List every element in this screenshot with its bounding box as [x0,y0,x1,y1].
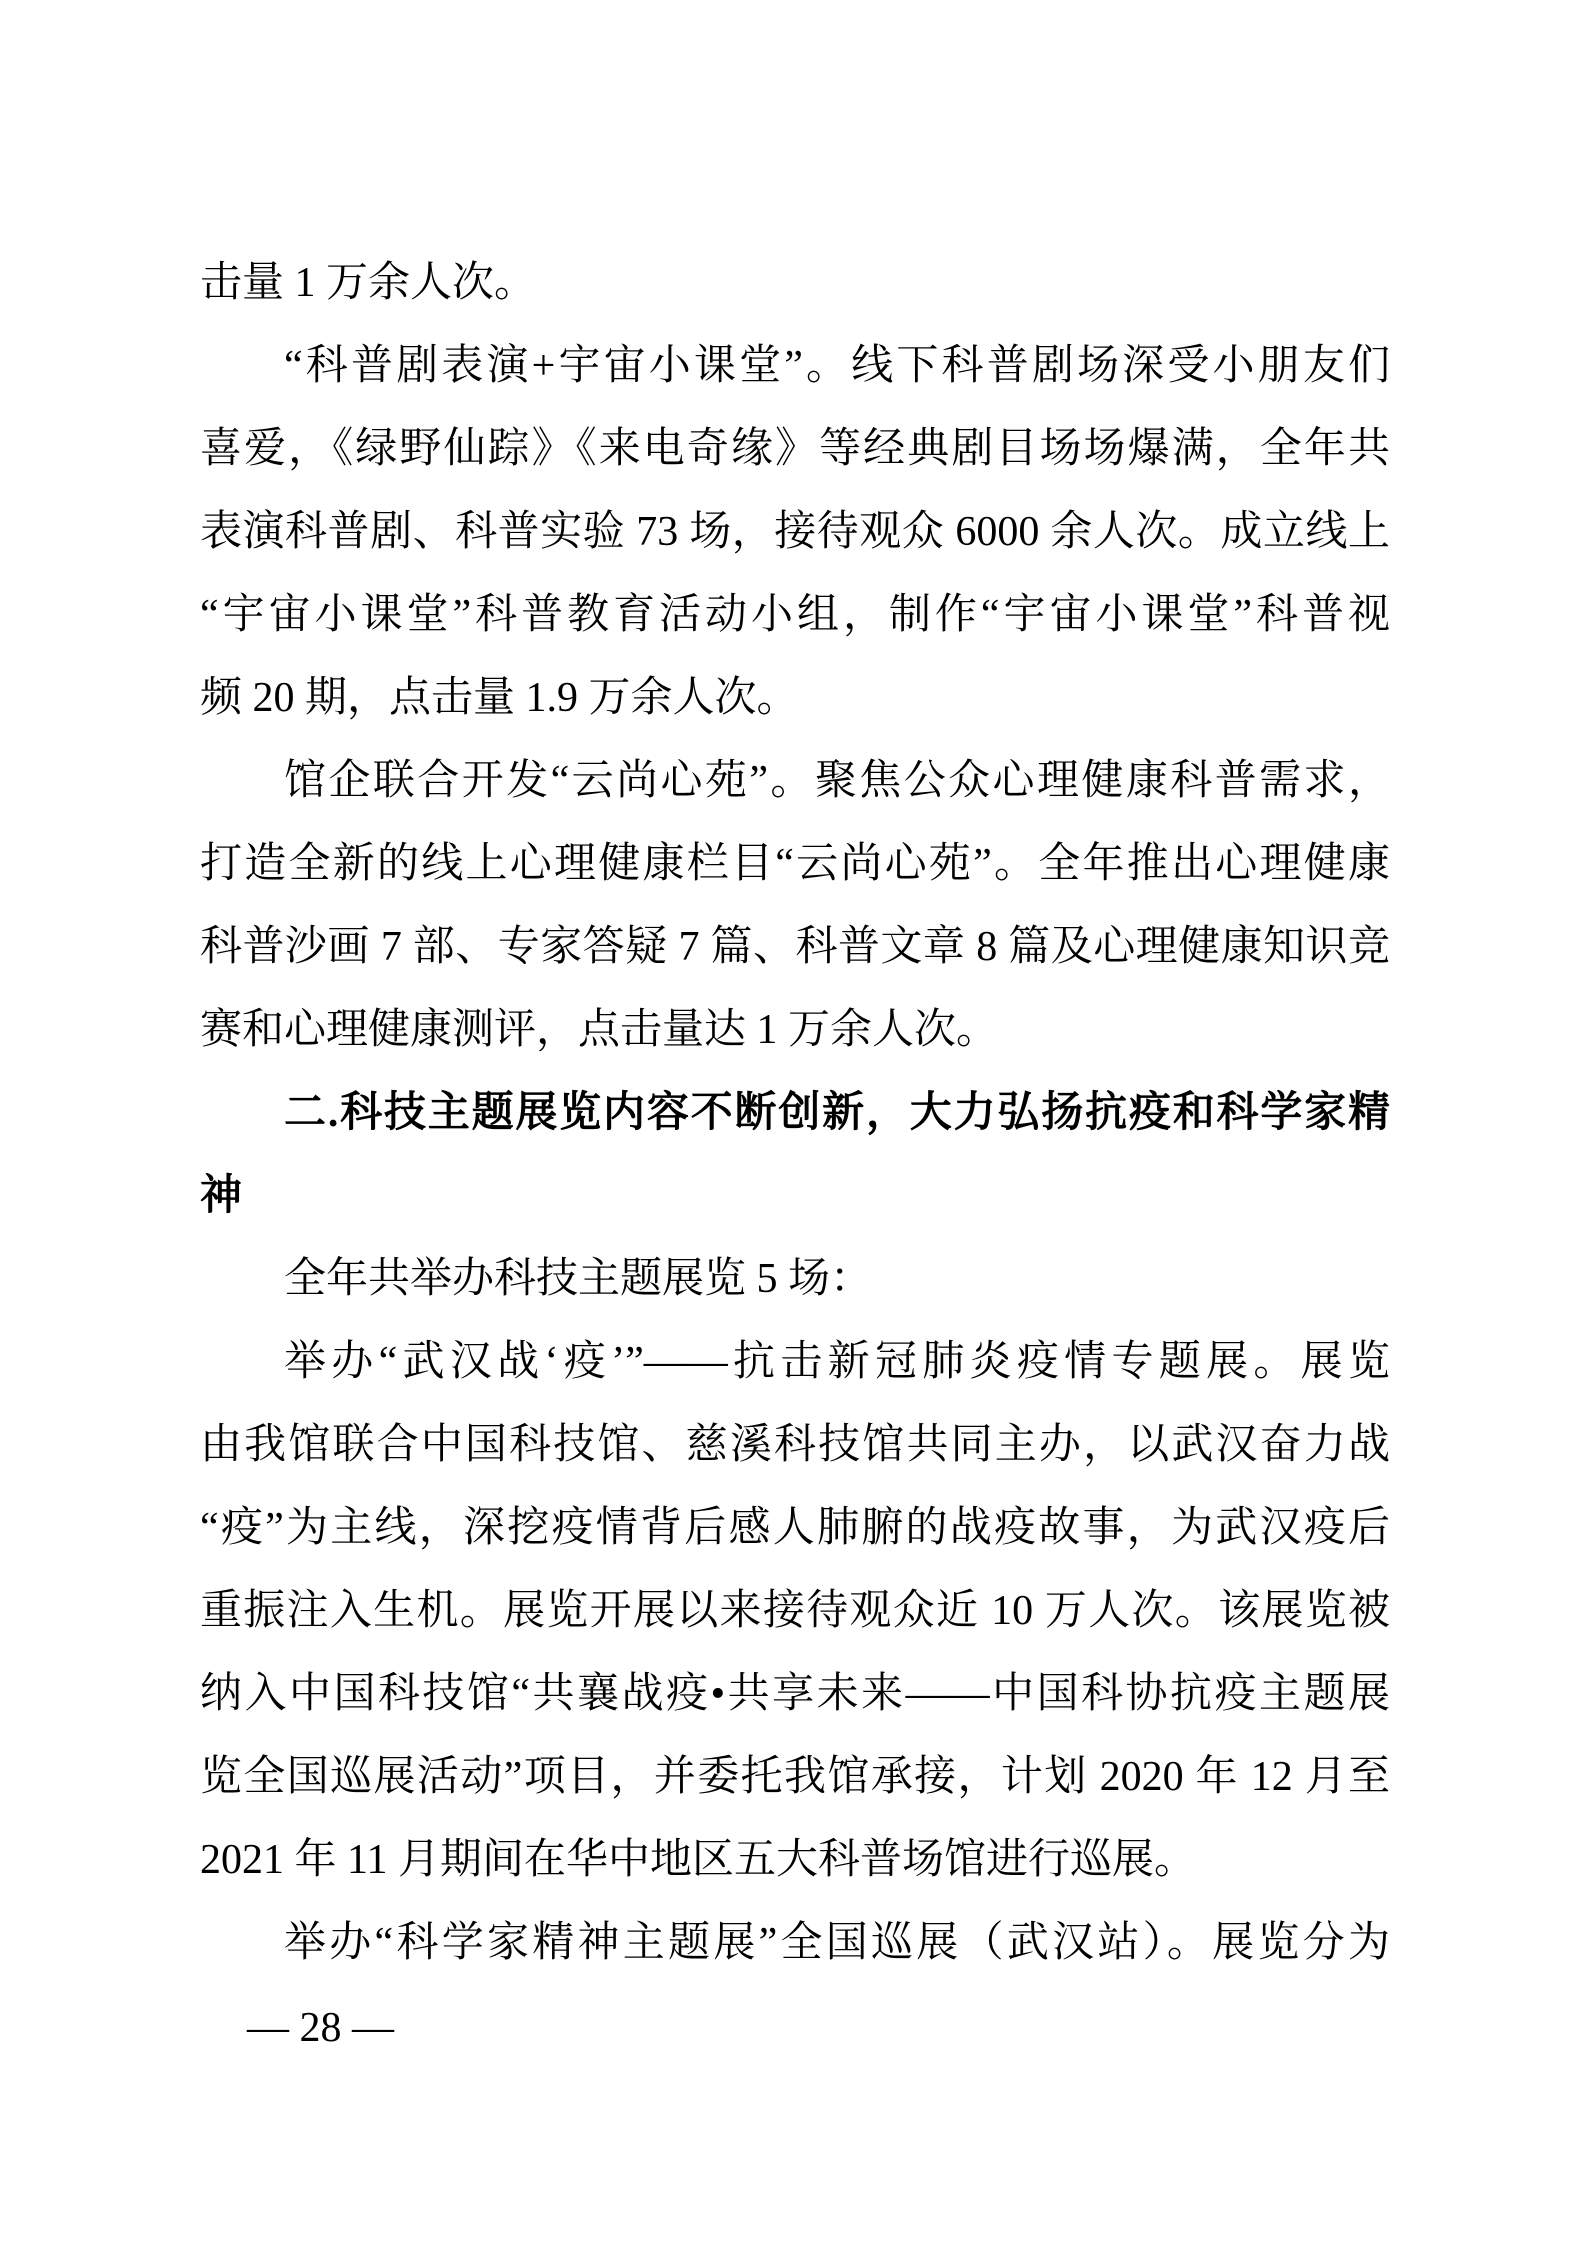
paragraph-line: 由我馆联合中国科技馆、慈溪科技馆共同主办，以武汉奋力战 [200,1404,1390,1487]
paragraph-line: 赛和心理健康测评，点击量达 1 万余人次。 [200,989,1390,1072]
paragraph-line: 2021 年 11 月期间在华中地区五大科普场馆进行巡展。 [200,1819,1390,1902]
paragraph-line: 科普沙画 7 部、专家答疑 7 篇、科普文章 8 篇及心理健康知识竞 [200,906,1390,989]
paragraph-line: “宇宙小课堂”科普教育活动小组，制作“宇宙小课堂”科普视 [200,574,1390,657]
section-heading-line: 二.科技主题展览内容不断创新，大力弘扬抗疫和科学家精 [200,1072,1390,1155]
page-number: — 28 — [247,1987,394,2070]
paragraph-line: 喜爱，《绿野仙踪》《来电奇缘》等经典剧目场场爆满，全年共 [200,408,1390,491]
paragraph-line: 击量 1 万余人次。 [200,242,1390,325]
document-body: 击量 1 万余人次。 “科普剧表演+宇宙小课堂”。线下科普剧场深受小朋友们 喜爱… [200,242,1390,1985]
document-page: 击量 1 万余人次。 “科普剧表演+宇宙小课堂”。线下科普剧场深受小朋友们 喜爱… [0,0,1587,2245]
paragraph-line: 纳入中国科技馆“共襄战疫•共享未来——中国科协抗疫主题展 [200,1653,1390,1736]
paragraph-line: 打造全新的线上心理健康栏目“云尚心苑”。全年推出心理健康 [200,823,1390,906]
paragraph-line: 全年共举办科技主题展览 5 场： [200,1238,1390,1321]
paragraph-line: 表演科普剧、科普实验 73 场，接待观众 6000 余人次。成立线上 [200,491,1390,574]
paragraph-line: 览全国巡展活动”项目，并委托我馆承接，计划 2020 年 12 月至 [200,1736,1390,1819]
section-heading-line: 神 [200,1155,1390,1238]
paragraph-line: 馆企联合开发“云尚心苑”。聚焦公众心理健康科普需求， [200,740,1390,823]
paragraph-line: “科普剧表演+宇宙小课堂”。线下科普剧场深受小朋友们 [200,325,1390,408]
paragraph-line: 频 20 期，点击量 1.9 万余人次。 [200,657,1390,740]
paragraph-line: 举办“科学家精神主题展”全国巡展（武汉站）。展览分为 [200,1902,1390,1985]
paragraph-line: 重振注入生机。展览开展以来接待观众近 10 万人次。该展览被 [200,1570,1390,1653]
paragraph-line: 举办“武汉战‘疫’”——抗击新冠肺炎疫情专题展。展览 [200,1321,1390,1404]
paragraph-line: “疫”为主线，深挖疫情背后感人肺腑的战疫故事，为武汉疫后 [200,1487,1390,1570]
